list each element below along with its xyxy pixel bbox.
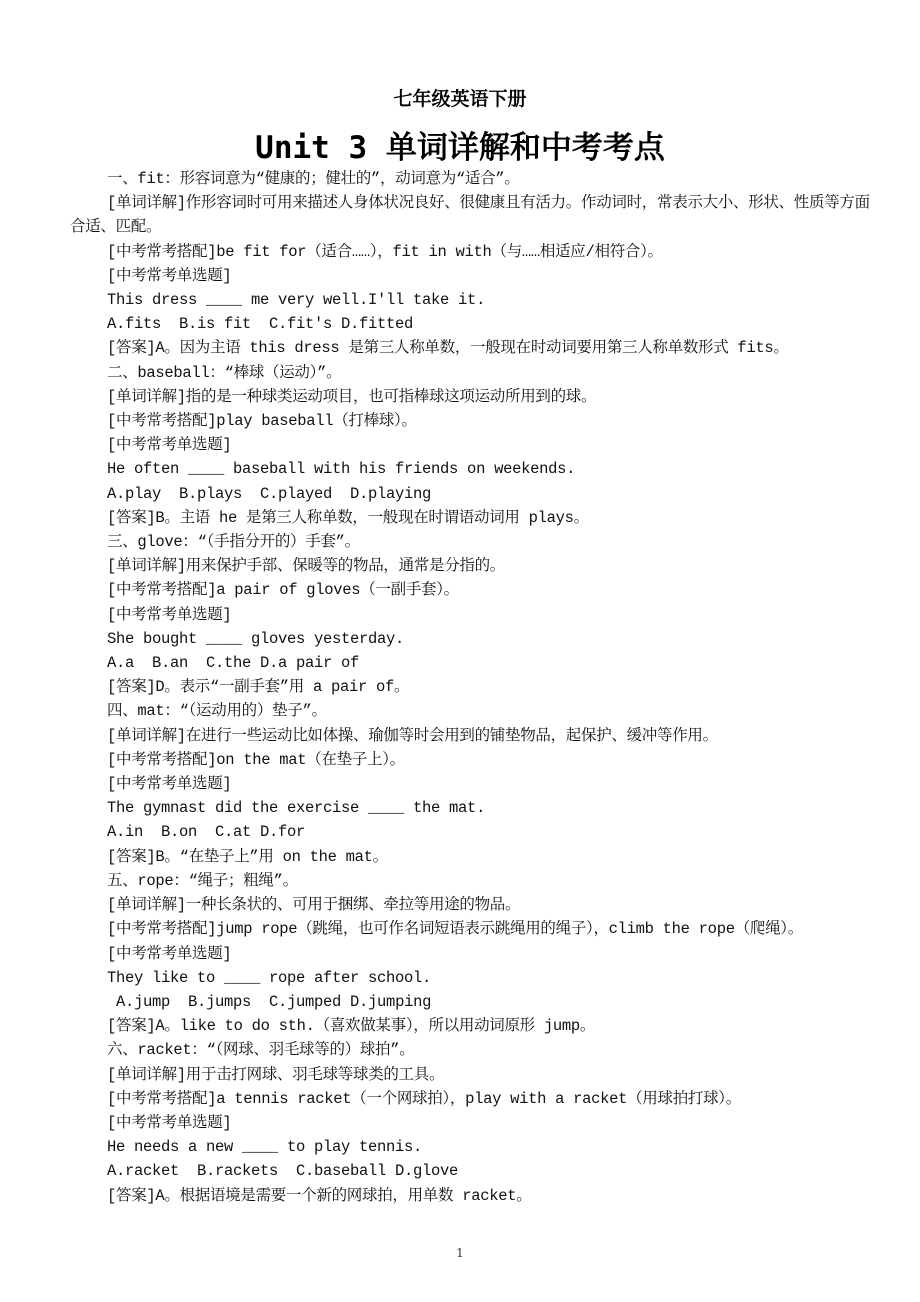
document-title: Unit 3 单词详解和中考考点 — [0, 122, 920, 167]
answer: [答案]A。根据语境是需要一个新的网球拍，用单数 racket。 — [70, 1184, 870, 1208]
question-text: This dress ____ me very well.I'll take i… — [70, 288, 870, 312]
question-text: He often ____ baseball with his friends … — [70, 457, 870, 481]
answer: [答案]B。主语 he 是第三人称单数，一般现在时谓语动词用 plays。 — [70, 506, 870, 530]
section-heading-mat: 四、mat：“（运动用的）垫子”。 — [70, 699, 870, 723]
question-text: He needs a new ____ to play tennis. — [70, 1135, 870, 1159]
word-explanation: [单词详解]用来保护手部、保暖等的物品，通常是分指的。 — [70, 554, 870, 578]
collocation: [中考常考搭配]a pair of gloves（一副手套）。 — [70, 578, 870, 602]
word-explanation: [单词详解]作形容词时可用来描述人身体状况良好、很健康且有活力。作动词时，常表示… — [70, 191, 870, 239]
collocation: [中考常考搭配]be fit for（适合……），fit in with（与……… — [70, 240, 870, 264]
answer: [答案]B。“在垫子上”用 on the mat。 — [70, 845, 870, 869]
page-number: 1 — [0, 1246, 920, 1260]
word-explanation: [单词详解]指的是一种球类运动项目，也可指棒球这项运动所用到的球。 — [70, 385, 870, 409]
question-label: [中考常考单选题] — [70, 942, 870, 966]
document-body: 一、fit：形容词意为“健康的；健壮的”，动词意为“适合”。 [单词详解]作形容… — [70, 167, 870, 1208]
section-heading-glove: 三、glove：“（手指分开的）手套”。 — [70, 530, 870, 554]
answer: [答案]A。因为主语 this dress 是第三人称单数，一般现在时动词要用第… — [70, 336, 870, 360]
word-explanation: [单词详解]在进行一些运动比如体操、瑜伽等时会用到的铺垫物品，起保护、缓冲等作用… — [70, 724, 870, 748]
question-label: [中考常考单选题] — [70, 433, 870, 457]
question-label: [中考常考单选题] — [70, 1111, 870, 1135]
question-options: A.a B.an C.the D.a pair of — [70, 651, 870, 675]
word-explanation: [单词详解]用于击打网球、羽毛球等球类的工具。 — [70, 1063, 870, 1087]
word-explanation: [单词详解]一种长条状的、可用于捆绑、牵拉等用途的物品。 — [70, 893, 870, 917]
question-text: She bought ____ gloves yesterday. — [70, 627, 870, 651]
question-label: [中考常考单选题] — [70, 264, 870, 288]
question-text: They like to ____ rope after school. — [70, 966, 870, 990]
section-heading-racket: 六、racket：“（网球、羽毛球等的）球拍”。 — [70, 1038, 870, 1062]
answer: [答案]D。表示“一副手套”用 a pair of。 — [70, 675, 870, 699]
question-text: The gymnast did the exercise ____ the ma… — [70, 796, 870, 820]
question-options: A.jump B.jumps C.jumped D.jumping — [70, 990, 870, 1014]
question-label: [中考常考单选题] — [70, 603, 870, 627]
collocation: [中考常考搭配]jump rope（跳绳，也可作名词短语表示跳绳用的绳子），cl… — [70, 917, 870, 941]
document-page: 七年级英语下册 Unit 3 单词详解和中考考点 一、fit：形容词意为“健康的… — [0, 0, 920, 1302]
section-heading-baseball: 二、baseball：“棒球（运动）”。 — [70, 361, 870, 385]
answer: [答案]A。like to do sth.（喜欢做某事），所以用动词原形 jum… — [70, 1014, 870, 1038]
section-heading-fit: 一、fit：形容词意为“健康的；健壮的”，动词意为“适合”。 — [70, 167, 870, 191]
question-options: A.racket B.rackets C.baseball D.glove — [70, 1159, 870, 1183]
question-options: A.in B.on C.at D.for — [70, 820, 870, 844]
question-options: A.play B.plays C.played D.playing — [70, 482, 870, 506]
collocation: [中考常考搭配]a tennis racket（一个网球拍），play with… — [70, 1087, 870, 1111]
question-options: A.fits B.is fit C.fit's D.fitted — [70, 312, 870, 336]
collocation: [中考常考搭配]on the mat（在垫子上）。 — [70, 748, 870, 772]
document-subtitle: 七年级英语下册 — [0, 84, 920, 111]
collocation: [中考常考搭配]play baseball（打棒球）。 — [70, 409, 870, 433]
question-label: [中考常考单选题] — [70, 772, 870, 796]
section-heading-rope: 五、rope：“绳子；粗绳”。 — [70, 869, 870, 893]
